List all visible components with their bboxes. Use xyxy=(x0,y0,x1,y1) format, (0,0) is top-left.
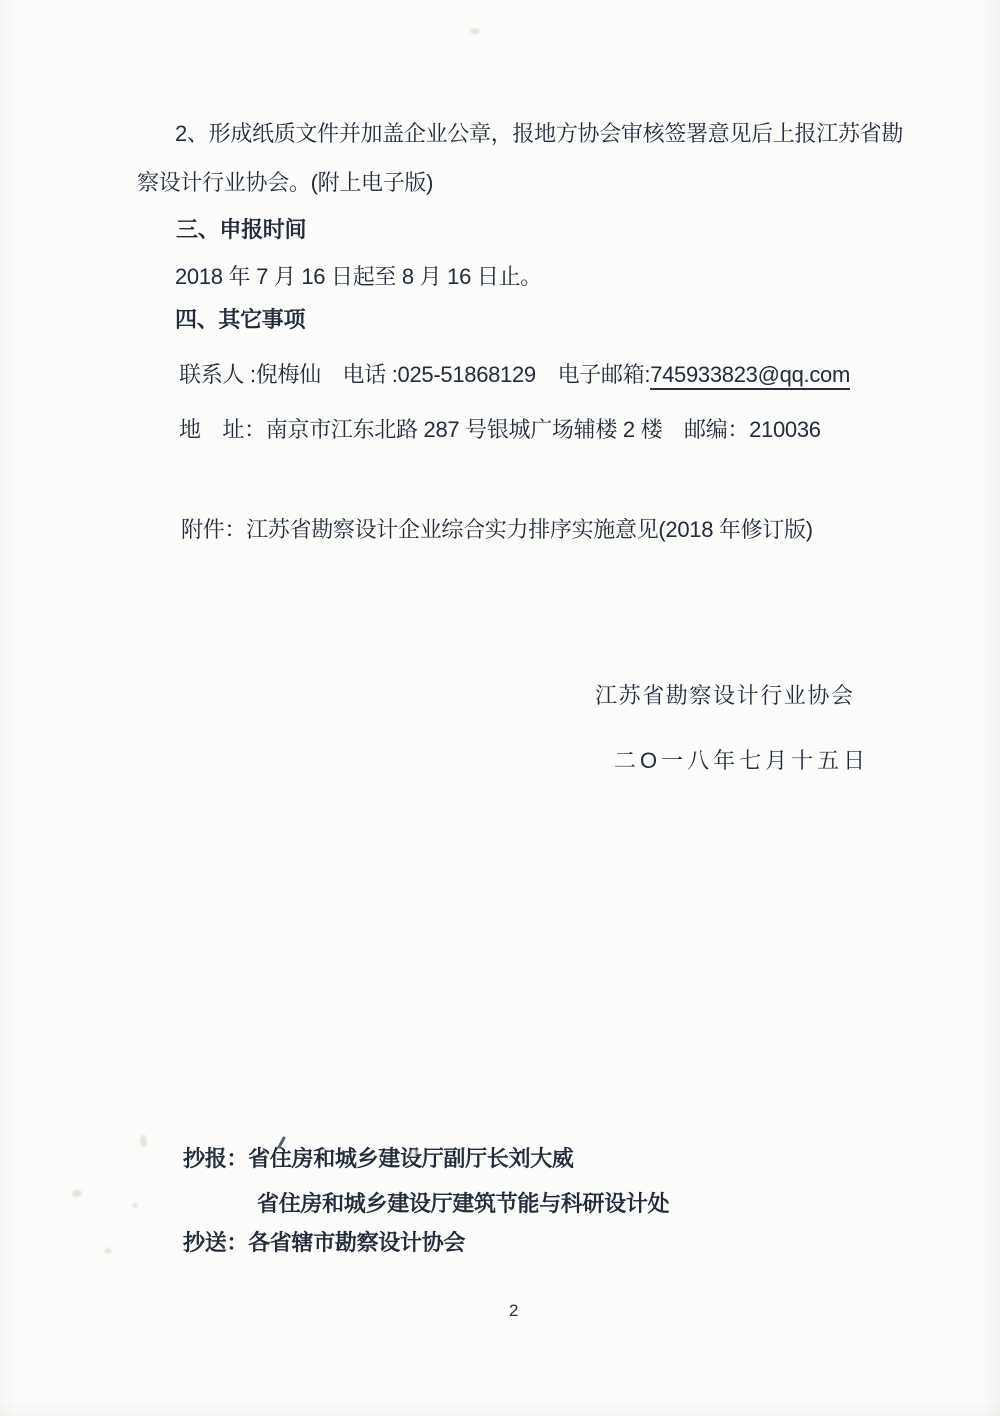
page-number: 2 xyxy=(509,1301,518,1321)
signature-date: 二O一八年七月十五日 xyxy=(614,747,869,775)
signature-organization: 江苏省勘察设计行业协会 xyxy=(595,682,855,710)
section-4-heading: 四、其它事项 xyxy=(175,306,305,334)
paragraph-2-line-2: 察设计行业协会。(附上电子版) xyxy=(137,169,433,197)
address-line: 地 址：南京市江东北路 287 号银城广场辅楼 2 楼 邮编：210036 xyxy=(179,416,821,444)
scan-speck xyxy=(72,1190,82,1197)
cc-report-line-2: 省住房和城乡建设厅建筑节能与科研设计处 xyxy=(257,1190,669,1218)
contact-info-text: 联系人 :倪梅仙 电话 :025-51868129 电子邮箱: xyxy=(179,362,650,387)
scan-speck xyxy=(470,28,480,34)
cc-send-line: 抄送：各省辖市勘察设计协会 xyxy=(183,1229,465,1257)
section-3-body-date-range: 2018 年 7 月 16 日起至 8 月 16 日止。 xyxy=(175,263,542,291)
contact-line: 联系人 :倪梅仙 电话 :025-51868129 电子邮箱:745933823… xyxy=(179,361,850,389)
contact-email: 745933823@qq.com xyxy=(650,362,850,390)
section-3-heading: 三、申报时间 xyxy=(176,216,306,244)
paragraph-2-line-1: 2、形成纸质文件并加盖企业公章，报地方协会审核签署意见后上报江苏省勘 xyxy=(175,120,903,148)
attachment-line: 附件：江苏省勘察设计企业综合实力排序实施意见(2018 年修订版) xyxy=(181,516,813,544)
cc-report-line: 抄报：省住房和城乡建设厅副厅长刘大威 xyxy=(183,1145,574,1173)
scanned-document-page: 2、形成纸质文件并加盖企业公章，报地方协会审核签署意见后上报江苏省勘 察设计行业… xyxy=(0,0,1000,1416)
scan-speck xyxy=(140,1135,147,1147)
scan-speck xyxy=(104,1248,112,1254)
scan-speck xyxy=(132,1203,138,1208)
